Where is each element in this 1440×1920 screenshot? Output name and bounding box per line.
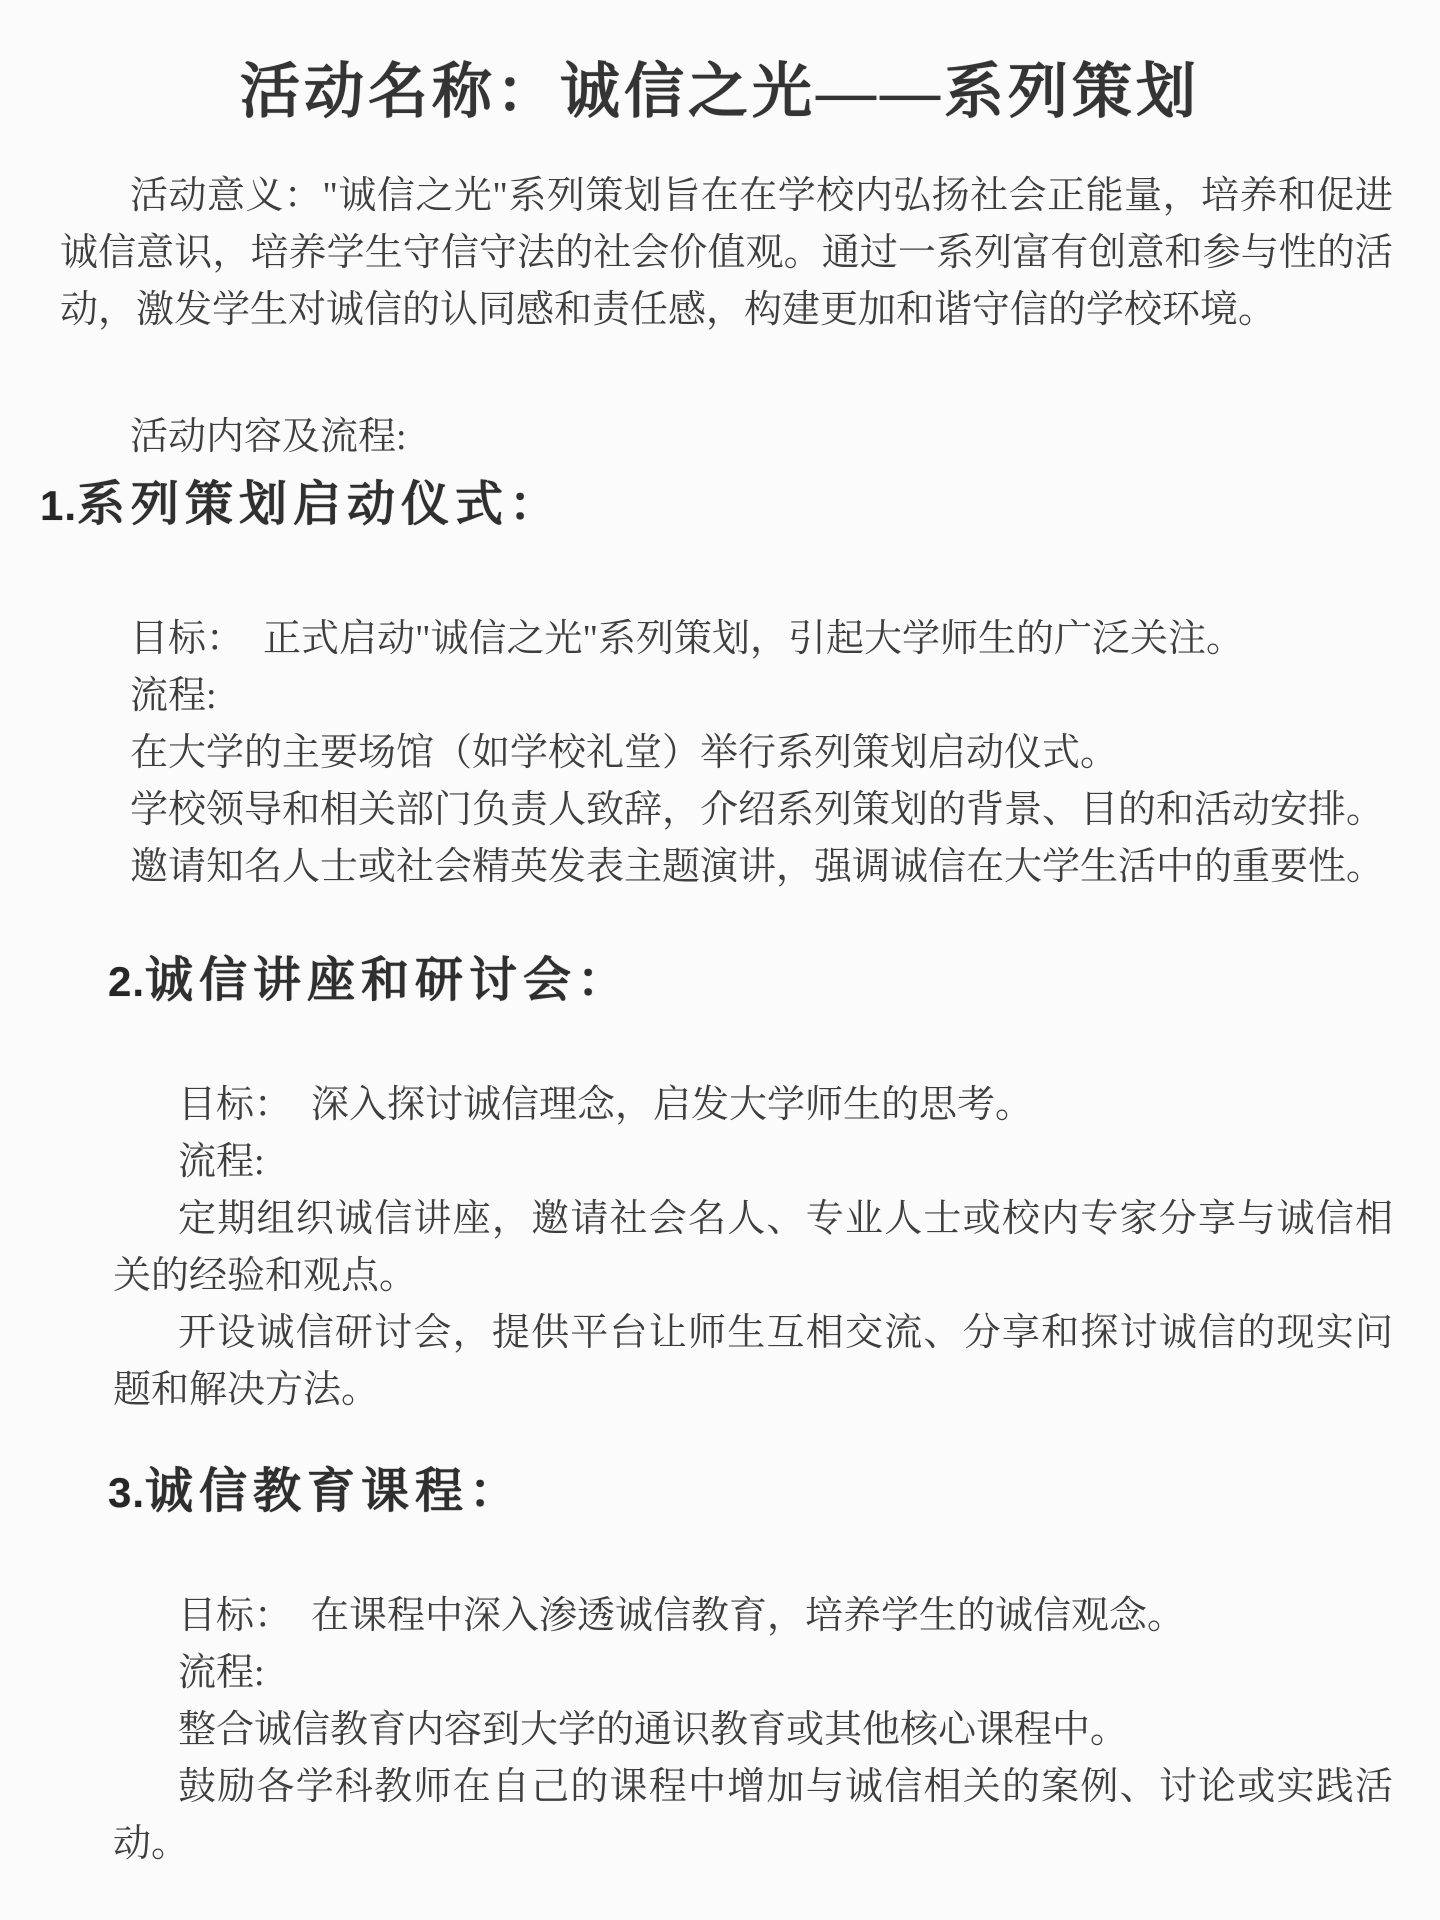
page-title: 活动名称：诚信之光——系列策划 — [0, 40, 1440, 128]
section-heading: 1.系列策划启动仪式： — [40, 472, 1440, 539]
section-number: 1. — [40, 482, 77, 529]
paragraph-step: 鼓励各学科教师在自己的课程中增加与诚信相关的案例、讨论或实践活动。 — [113, 1759, 1393, 1873]
section-number: 2. — [108, 958, 145, 1005]
intro-paragraph: 活动意义："诚信之光"系列策划旨在在学校内弘扬社会正能量，培养和促进诚信意识，培… — [60, 168, 1393, 339]
section-number: 3. — [108, 1469, 145, 1516]
section-heading: 3.诚信教育课程： — [108, 1459, 1440, 1526]
section-lectures-seminars: 2.诚信讲座和研讨会： 目标： 深入探讨诚信理念，启发大学师生的思考。 流程: … — [0, 948, 1440, 1419]
section-education-courses: 3.诚信教育课程： 目标： 在课程中深入渗透诚信教育，培养学生的诚信观念。 流程… — [0, 1459, 1440, 1873]
document-page: 活动名称：诚信之光——系列策划 活动意义："诚信之光"系列策划旨在在学校内弘扬社… — [0, 0, 1440, 1920]
paragraph-step: 邀请知名人士或社会精英发表主题演讲，强调诚信在大学生活中的重要性。 — [52, 839, 1393, 896]
content-label: 活动内容及流程: — [130, 409, 1393, 466]
paragraph-process-label: 流程: — [113, 1134, 1393, 1191]
paragraph-process-label: 流程: — [113, 1645, 1393, 1702]
paragraph-step: 定期组织诚信讲座，邀请社会名人、专业人士或校内专家分享与诚信相关的经验和观点。 — [113, 1191, 1393, 1305]
section-heading-text: 诚信教育课程： — [145, 1465, 523, 1518]
paragraph-goal: 目标： 在课程中深入渗透诚信教育，培养学生的诚信观念。 — [113, 1588, 1393, 1645]
section-heading: 2.诚信讲座和研讨会： — [108, 948, 1440, 1015]
paragraph-step: 开设诚信研讨会，提供平台让师生互相交流、分享和探讨诚信的现实问题和解决方法。 — [113, 1305, 1393, 1419]
paragraph-goal: 目标： 深入探讨诚信理念，启发大学师生的思考。 — [113, 1077, 1393, 1134]
section-launch-ceremony: 1.系列策划启动仪式： 目标： 正式启动"诚信之光"系列策划，引起大学师生的广泛… — [0, 472, 1440, 896]
paragraph-step: 学校领导和相关部门负责人致辞，介绍系列策划的背景、目的和活动安排。 — [52, 782, 1393, 839]
paragraph-step: 整合诚信教育内容到大学的通识教育或其他核心课程中。 — [113, 1702, 1393, 1759]
paragraph-step: 在大学的主要场馆（如学校礼堂）举行系列策划启动仪式。 — [52, 725, 1393, 782]
paragraph-goal: 目标： 正式启动"诚信之光"系列策划，引起大学师生的广泛关注。 — [52, 611, 1393, 668]
section-heading-text: 系列策划启动仪式： — [77, 478, 563, 531]
section-heading-text: 诚信讲座和研讨会： — [145, 954, 631, 1007]
paragraph-process-label: 流程: — [52, 668, 1393, 725]
